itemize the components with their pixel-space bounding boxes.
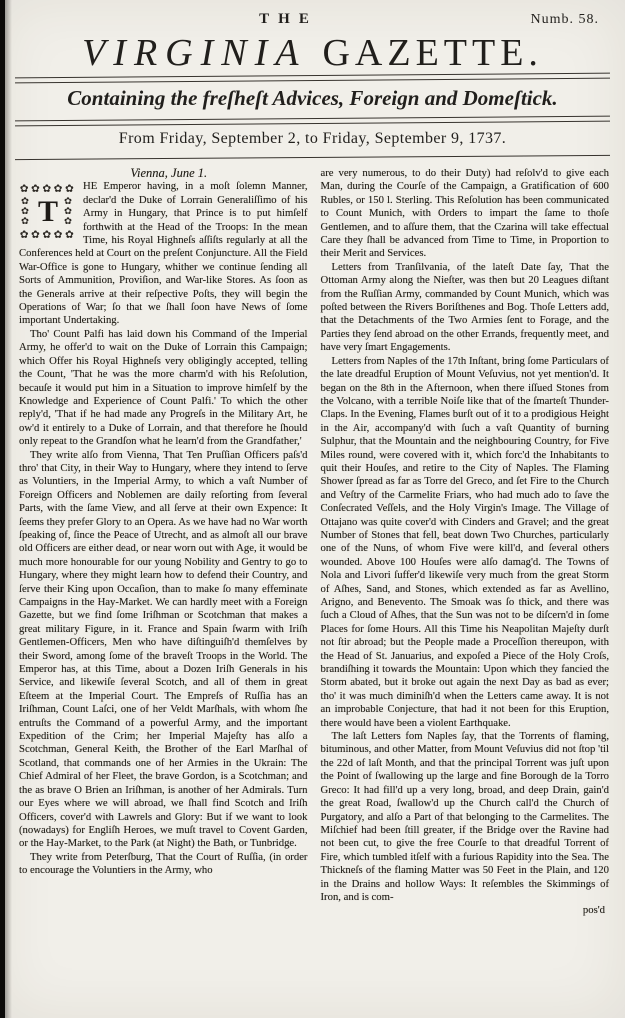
issue-number: Numb. 58.	[531, 12, 600, 28]
floral-ornament: ✿✿✿✿✿ ✿✿✿ T ✿✿✿ ✿✿✿✿✿	[19, 182, 77, 241]
catchword: pos'd	[321, 904, 610, 917]
paper-title-gazette: GAZETTE.	[322, 32, 542, 74]
newspaper-page: THE Numb. 58. VIRGINIAGAZETTE. Containin…	[0, 0, 625, 1018]
floral-ornament-bottom: ✿✿✿✿✿	[20, 229, 77, 241]
floral-ornament-top: ✿✿✿✿✿	[20, 183, 77, 195]
news-paragraph: Letters from Tranſilvania, of the lateſt…	[321, 261, 610, 355]
news-paragraph: They write from Peterſburg, That the Cou…	[19, 851, 308, 878]
left-column: Vienna, June 1. ✿✿✿✿✿ ✿✿✿ T ✿✿✿ ✿✿✿✿✿ HE…	[19, 167, 308, 918]
news-paragraph: They write alſo from Vienna, That Ten Pr…	[19, 449, 308, 851]
right-column: are very numerous, to do their Duty) had…	[321, 167, 610, 918]
news-paragraph: are very numerous, to do their Duty) had…	[321, 167, 610, 261]
paper-title-virginia: VIRGINIA	[82, 32, 306, 74]
floral-ornament-right: ✿✿✿	[64, 197, 75, 227]
lead-paragraph: ✿✿✿✿✿ ✿✿✿ T ✿✿✿ ✿✿✿✿✿ HE Emperor having,…	[19, 180, 308, 327]
dateline: Vienna, June 1.	[19, 167, 308, 180]
masthead-subtitle: Containing the freſheſt Advices, Foreign…	[0, 81, 625, 118]
masthead-kicker: THE	[0, 11, 577, 28]
floral-ornament-left: ✿✿✿	[21, 197, 32, 227]
news-paragraph: Tho' Count Palfi has laid down his Comma…	[19, 328, 308, 449]
news-paragraph: Letters from Naples of the 17th Inſtant,…	[321, 355, 610, 730]
drop-cap-letter: T	[38, 197, 58, 227]
body-columns: Vienna, June 1. ✿✿✿✿✿ ✿✿✿ T ✿✿✿ ✿✿✿✿✿ HE…	[0, 158, 625, 918]
paper-title: VIRGINIAGAZETTE.	[0, 31, 625, 75]
news-paragraph: The laſt Letters fom Naples ſay, that th…	[321, 730, 610, 904]
date-range: From Friday, September 2, to Friday, Sep…	[0, 124, 625, 157]
masthead: THE Numb. 58. VIRGINIAGAZETTE. Containin…	[0, 0, 625, 158]
floral-ornament-middle: ✿✿✿ T ✿✿✿	[19, 196, 77, 228]
